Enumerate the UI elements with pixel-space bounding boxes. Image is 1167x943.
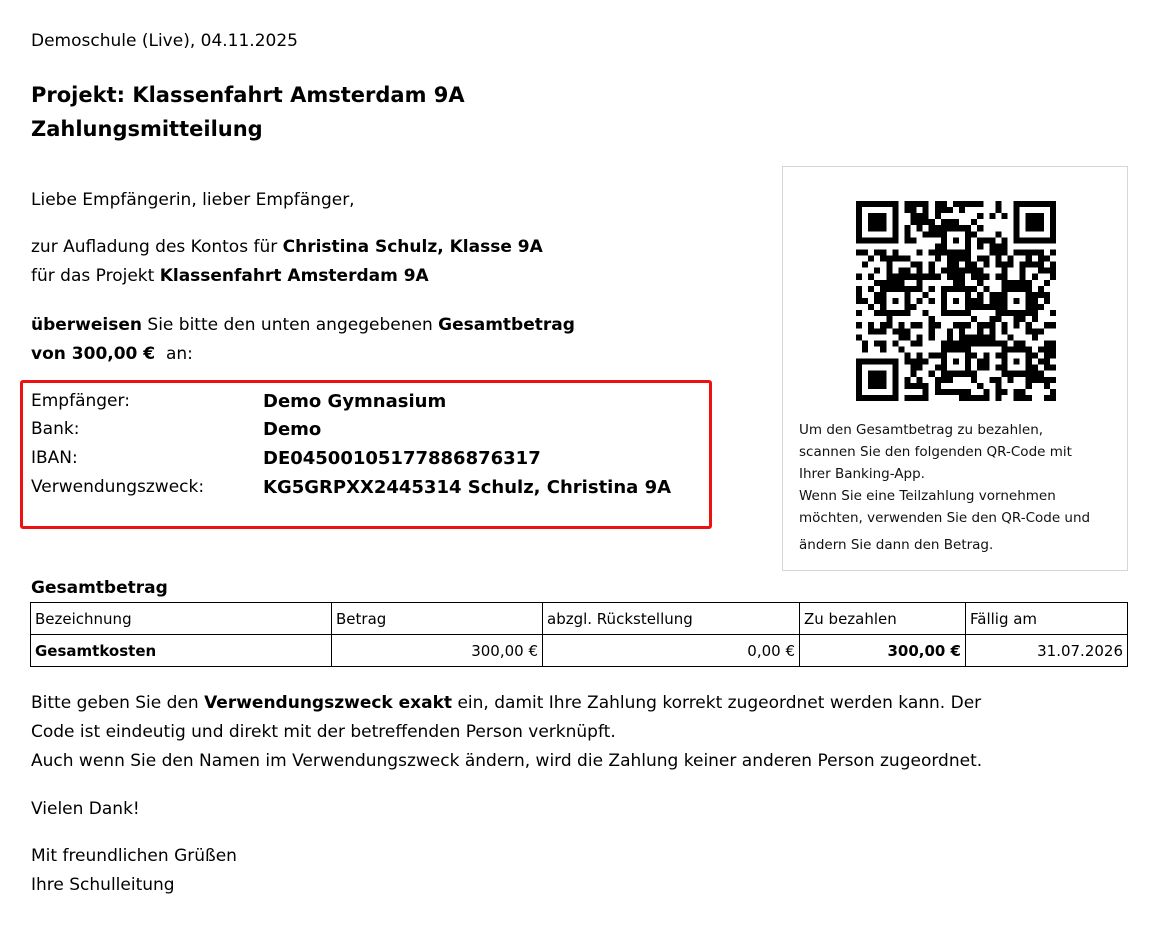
bank-label: IBAN: [31, 448, 78, 468]
transfer-total-label: Gesamtbetrag [438, 315, 575, 335]
closing-line: Mit freundlichen Grüßen [31, 842, 237, 871]
qr-code-icon [856, 201, 1056, 401]
cell-reserve: 0,00 € [543, 635, 800, 667]
bank-details-box: Empfänger: Demo Gymnasium Bank: Demo IBA… [20, 380, 712, 529]
notice-line3: Auch wenn Sie den Namen im Verwendungszw… [31, 751, 982, 771]
column-header: abzgl. Rückstellung [543, 603, 800, 635]
transfer-amount: von 300,00 € [31, 344, 155, 364]
intro-project: Klassenfahrt Amsterdam 9A [160, 266, 429, 286]
qr-line: Ihrer Banking-App. [799, 463, 1119, 485]
closing: Mit freundlichen Grüßen Ihre Schulleitun… [31, 842, 237, 900]
column-header: Zu bezahlen [800, 603, 966, 635]
cell-amount: 300,00 € [332, 635, 543, 667]
totals-table: Bezeichnung Betrag abzgl. Rückstellung Z… [30, 602, 1128, 667]
cell-due-date: 31.07.2026 [966, 635, 1128, 667]
totals-title: Gesamtbetrag [31, 578, 168, 598]
signature: Ihre Schulleitung [31, 871, 237, 900]
bank-label: Empfänger: [31, 391, 130, 411]
qr-instructions: Um den Gesamtbetrag zu bezahlen, scannen… [799, 419, 1119, 556]
intro-person: Christina Schulz, Klasse 9A [283, 237, 543, 257]
column-header: Bezeichnung [31, 603, 332, 635]
school-and-date: Demoschule (Live), 04.11.2025 [31, 31, 298, 51]
column-header: Fällig am [966, 603, 1128, 635]
transfer-end: an: [155, 344, 193, 364]
qr-line: Wenn Sie eine Teilzahlung vornehmen [799, 485, 1119, 507]
cell-to-pay: 300,00 € [800, 635, 966, 667]
bank-value: DE04500105177886876317 [263, 448, 541, 469]
table-row: Gesamtkosten 300,00 € 0,00 € 300,00 € 31… [31, 635, 1128, 667]
thanks: Vielen Dank! [31, 795, 140, 824]
cell-label: Gesamtkosten [31, 635, 332, 667]
notice-bold: Verwendungszweck exakt [204, 693, 452, 713]
bank-label: Bank: [31, 419, 79, 439]
bank-label: Verwendungszweck: [31, 477, 204, 497]
transfer-verb: überweisen [31, 315, 142, 335]
bank-value: KG5GRPXX2445314 Schulz, Christina 9A [263, 477, 671, 498]
intro-mid: für das Projekt [31, 266, 160, 286]
greeting: Liebe Empfängerin, lieber Empfänger, [31, 186, 355, 215]
notice-pre: Bitte geben Sie den [31, 693, 204, 713]
column-header: Betrag [332, 603, 543, 635]
qr-panel: Um den Gesamtbetrag zu bezahlen, scannen… [782, 166, 1128, 571]
notice-line2: Code ist eindeutig und direkt mit der be… [31, 722, 616, 742]
qr-line: ändern Sie dann den Betrag. [799, 534, 1119, 556]
transfer-paragraph: überweisen Sie bitte den unten angegeben… [31, 311, 575, 369]
intro-paragraph: zur Aufladung des Kontos für Christina S… [31, 233, 543, 291]
reference-notice: Bitte geben Sie den Verwendungszweck exa… [31, 689, 982, 776]
qr-line: Um den Gesamtbetrag zu bezahlen, [799, 419, 1119, 441]
bank-value: Demo [263, 419, 321, 440]
bank-value: Demo Gymnasium [263, 391, 446, 412]
table-header-row: Bezeichnung Betrag abzgl. Rückstellung Z… [31, 603, 1128, 635]
notice-post: ein, damit Ihre Zahlung korrekt zugeordn… [452, 693, 981, 713]
qr-line: möchten, verwenden Sie den QR-Code und [799, 507, 1119, 529]
document-title: Zahlungsmitteilung [31, 117, 263, 141]
qr-line: scannen Sie den folgenden QR-Code mit [799, 441, 1119, 463]
intro-pre: zur Aufladung des Kontos für [31, 237, 283, 257]
project-title: Projekt: Klassenfahrt Amsterdam 9A [31, 83, 465, 107]
transfer-mid: Sie bitte den unten angegebenen [142, 315, 438, 335]
